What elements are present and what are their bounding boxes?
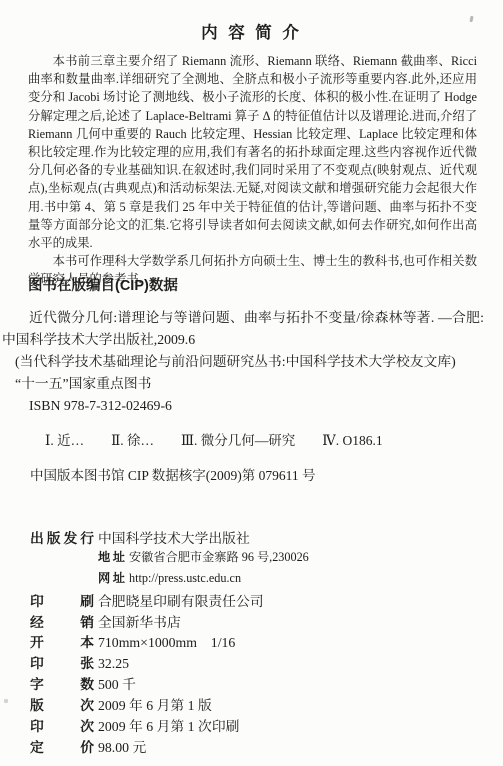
- colophon-row-edition: 版次 2009 年 6 月第 1 版: [30, 694, 475, 715]
- colophon-row-price: 定价 98.00 元: [30, 736, 475, 757]
- content-summary: 本书前三章主要介绍了 Riemann 流形、Riemann 联络、Riemann…: [28, 52, 477, 289]
- cip-block: 近代微分几何:谱理论与等谱问题、曲率与拓扑不变量/徐森林等著. —合肥:中国科学…: [2, 307, 484, 417]
- cip-record-line: 中国版本图书馆 CIP 数据核字(2009)第 079611 号: [30, 464, 316, 484]
- colophon-row-sheets: 印张 32.25: [30, 652, 475, 673]
- wordcount-value: 500 千: [98, 673, 136, 693]
- cip-honor-line: “十一五”国家重点图书: [2, 373, 484, 395]
- content-summary-heading: 内 容 简 介: [0, 19, 503, 43]
- colophon-row-format: 开本 710mm×1000mm 1/16: [30, 631, 475, 652]
- colophon-row-website: 网址 http://press.ustc.edu.cn: [30, 569, 475, 590]
- address-label: 地址: [98, 548, 125, 565]
- colophon-row-impression: 印次 2009 年 6 月第 1 次印刷: [30, 715, 475, 736]
- colophon-row-printer: 印刷 合肥晓星印刷有限责任公司: [30, 590, 475, 611]
- edition-value: 2009 年 6 月第 1 版: [98, 694, 212, 714]
- sheets-value: 32.25: [98, 656, 129, 672]
- wordcount-label: 字数: [30, 673, 94, 693]
- colophon-row-publisher: 出版发行 中国科学技术大学出版社: [30, 527, 475, 548]
- scan-speck: [4, 699, 8, 703]
- sheets-label: 印张: [30, 652, 94, 672]
- website-label: 网址: [98, 569, 125, 586]
- distributor-value: 全国新华书店: [98, 611, 181, 631]
- cip-series-line: (当代科学技术基础理论与前沿问题研究丛书:中国科学技术大学校友文库): [2, 351, 484, 373]
- printer-value: 合肥晓星印刷有限责任公司: [98, 590, 264, 610]
- distributor-label: 经销: [30, 611, 94, 631]
- summary-paragraph-1: 本书前三章主要介绍了 Riemann 流形、Riemann 联络、Riemann…: [28, 52, 477, 252]
- colophon: 出版发行 中国科学技术大学出版社 地址 安徽省合肥市金寨路 96 号,23002…: [30, 527, 475, 757]
- cip-isbn-line: ISBN 978-7-312-02469-6: [2, 395, 484, 417]
- price-value: 98.00 元: [98, 736, 146, 756]
- address-value: 安徽省合肥市金寨路 96 号,230026: [129, 548, 309, 565]
- edition-label: 版次: [30, 694, 94, 714]
- impression-label: 印次: [30, 715, 94, 735]
- colophon-row-distributor: 经销 全国新华书店: [30, 611, 475, 632]
- website-value: http://press.ustc.edu.cn: [129, 571, 241, 586]
- cip-classification-line: Ⅰ. 近… Ⅱ. 徐… Ⅲ. 微分几何—研究 Ⅳ. O186.1: [45, 429, 383, 449]
- colophon-row-wordcount: 字数 500 千: [30, 673, 475, 694]
- price-label: 定价: [30, 736, 94, 756]
- format-label: 开本: [30, 631, 94, 651]
- format-value: 710mm×1000mm 1/16: [98, 631, 235, 651]
- colophon-row-address: 地址 安徽省合肥市金寨路 96 号,230026: [30, 548, 475, 569]
- copyright-page: 内 容 简 介 本书前三章主要介绍了 Riemann 流形、Riemann 联络…: [0, 0, 503, 766]
- printer-label: 印刷: [30, 590, 94, 610]
- cip-title-line: 近代微分几何:谱理论与等谱问题、曲率与拓扑不变量/徐森林等著. —合肥:中国科学…: [2, 307, 484, 351]
- impression-value: 2009 年 6 月第 1 次印刷: [98, 715, 239, 735]
- publisher-value: 中国科学技术大学出版社: [98, 527, 250, 547]
- cip-heading: 图书在版编目(CIP)数据: [28, 274, 178, 295]
- publisher-label: 出版发行: [30, 527, 94, 547]
